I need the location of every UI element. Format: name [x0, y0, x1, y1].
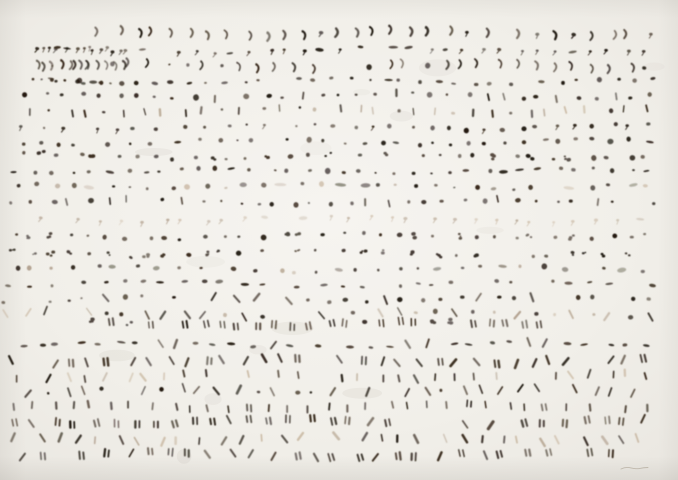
artwork-photo [0, 0, 678, 480]
paper-background [0, 0, 678, 480]
artwork-canvas [0, 0, 678, 480]
